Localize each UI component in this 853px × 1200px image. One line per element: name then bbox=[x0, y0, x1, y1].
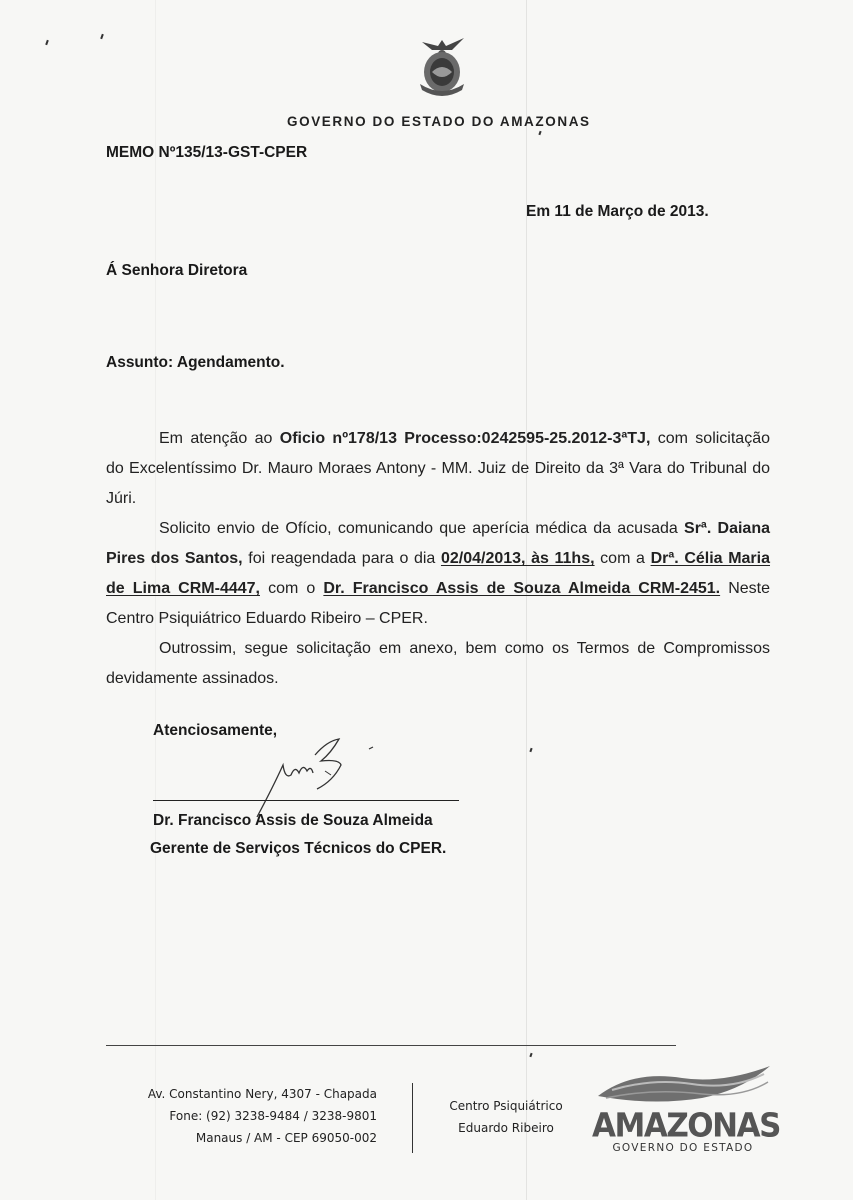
footer-separator bbox=[412, 1083, 413, 1153]
logo-wordmark: AMAZONAS bbox=[592, 1107, 774, 1145]
text: com o bbox=[260, 580, 323, 597]
appointment-datetime: 02/04/2013, às 11hs, bbox=[441, 550, 595, 567]
memo-body: Em atenção ao Oficio nº178/13 Processo:0… bbox=[106, 424, 770, 694]
institution-line: Eduardo Ribeiro bbox=[426, 1117, 586, 1139]
footer-address: Av. Constantino Nery, 4307 - Chapada Fon… bbox=[148, 1083, 377, 1149]
address-street: Av. Constantino Nery, 4307 - Chapada bbox=[148, 1083, 377, 1105]
institution-name: Centro Psiquiátrico Eduardo Ribeiro bbox=[426, 1095, 586, 1139]
text: Em atenção ao bbox=[159, 430, 280, 447]
signer-name: Dr. Francisco Assis de Souza Almeida bbox=[153, 812, 433, 830]
amazonas-coat-of-arms-icon bbox=[412, 28, 472, 100]
amazonas-wave-logo-icon bbox=[592, 1060, 774, 1110]
scan-speck bbox=[529, 1053, 532, 1057]
signer-role: Gerente de Serviços Técnicos do CPER. bbox=[150, 840, 446, 858]
memo-date: Em 11 de Março de 2013. bbox=[526, 203, 709, 221]
memo-number: MEMO Nº135/13-GST-CPER bbox=[106, 144, 307, 162]
oficio-reference: Oficio nº178/13 Processo:0242595-25.2012… bbox=[280, 430, 651, 447]
doctor-2: Dr. Francisco Assis de Souza Almeida CRM… bbox=[323, 580, 720, 597]
scan-speck bbox=[529, 748, 532, 752]
footer-divider bbox=[106, 1045, 676, 1046]
logo-subtitle: GOVERNO DO ESTADO bbox=[592, 1142, 774, 1154]
scan-speck bbox=[45, 40, 49, 45]
paragraph-1: Em atenção ao Oficio nº178/13 Processo:0… bbox=[106, 424, 770, 514]
scan-speck bbox=[538, 131, 541, 135]
scan-speck bbox=[100, 34, 104, 39]
paragraph-3: Outrossim, segue solicitação em anexo, b… bbox=[106, 634, 770, 694]
amazonas-logo: AMAZONAS GOVERNO DO ESTADO bbox=[592, 1060, 774, 1160]
address-phone: Fone: (92) 3238-9484 / 3238-9801 bbox=[148, 1105, 377, 1127]
government-heading: GOVERNO DO ESTADO DO AMAZONAS bbox=[287, 114, 591, 129]
paragraph-2: Solicito envio de Ofício, comunicando qu… bbox=[106, 514, 770, 634]
signature-line bbox=[153, 800, 459, 801]
institution-line: Centro Psiquiátrico bbox=[426, 1095, 586, 1117]
address-city: Manaus / AM - CEP 69050-002 bbox=[148, 1127, 377, 1149]
recipient: Á Senhora Diretora bbox=[106, 262, 247, 280]
subject: Assunto: Agendamento. bbox=[106, 354, 285, 372]
handwritten-signature-icon bbox=[255, 735, 375, 820]
text: com a bbox=[595, 550, 651, 567]
text: Solicito envio de Ofício, comunicando qu… bbox=[159, 520, 684, 537]
text: foi reagendada para o dia bbox=[243, 550, 441, 567]
